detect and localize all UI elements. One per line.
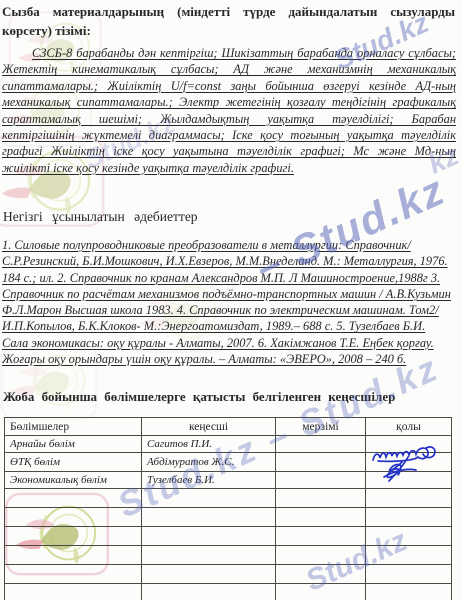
table-header-row: Бөлімшелер кеңесші мерзімі қолы bbox=[5, 418, 452, 436]
table-cell bbox=[366, 527, 452, 546]
table-row-empty bbox=[5, 565, 452, 584]
table-cell bbox=[366, 565, 452, 584]
table-cell bbox=[5, 546, 142, 565]
word: (міндетті bbox=[177, 2, 230, 21]
table-cell bbox=[276, 508, 366, 527]
table-cell bbox=[366, 584, 452, 600]
table-cell bbox=[142, 584, 276, 600]
word: дайындалатын bbox=[288, 2, 377, 21]
table-cell bbox=[5, 527, 142, 546]
table-cell bbox=[5, 489, 142, 508]
table-cell bbox=[142, 508, 276, 527]
table-cell: Тузелбаев Б.И. bbox=[142, 472, 276, 489]
table-cell bbox=[276, 489, 366, 508]
table-row-empty bbox=[5, 508, 452, 527]
table-row-empty bbox=[5, 489, 452, 508]
column-header: кеңесші bbox=[142, 418, 276, 436]
table-cell bbox=[276, 584, 366, 600]
table-cell: Сагитов П.И. bbox=[142, 436, 276, 453]
table-cell bbox=[5, 584, 142, 600]
column-header: қолы bbox=[366, 418, 452, 436]
table-cell bbox=[366, 546, 452, 565]
word: Сызба bbox=[2, 2, 40, 21]
table-cell bbox=[142, 527, 276, 546]
table-cell bbox=[276, 527, 366, 546]
table-row-empty bbox=[5, 546, 452, 565]
table-cell bbox=[142, 546, 276, 565]
intro-line-1: Сызба материалдарының (міндетті түрде да… bbox=[2, 2, 455, 21]
table-cell bbox=[5, 508, 142, 527]
table-row-empty bbox=[5, 584, 452, 600]
table-cell: Арнайы бөлім bbox=[5, 436, 142, 453]
table-cell bbox=[366, 489, 452, 508]
table-cell bbox=[276, 453, 366, 472]
table-cell: Экономикалық бөлім bbox=[5, 472, 142, 489]
table-cell bbox=[276, 565, 366, 584]
document-page: Сызба материалдарының (міндетті түрде да… bbox=[0, 0, 462, 600]
column-header: мерзімі bbox=[276, 418, 366, 436]
drawings-list-intro: Сызба материалдарының (міндетті түрде да… bbox=[2, 2, 455, 40]
consultants-heading: Жоба бойынша бөлімшелерге қатысты белгіл… bbox=[3, 389, 395, 405]
table-row-empty bbox=[5, 527, 452, 546]
word: материалдарының bbox=[53, 2, 164, 21]
table-cell: ӨТҚ бөлім bbox=[5, 453, 142, 472]
table-cell bbox=[366, 508, 452, 527]
table-cell bbox=[142, 565, 276, 584]
column-header: Бөлімшелер bbox=[5, 418, 142, 436]
drawings-list-paragraph: СЗСБ-8 барабанды дән кептіргіш; Шикізатт… bbox=[2, 45, 456, 176]
table-cell bbox=[5, 565, 142, 584]
table-cell: Абдімуратов Ж.С. bbox=[142, 453, 276, 472]
word: сызуларды bbox=[390, 2, 455, 21]
intro-line-2: көрсету) тізімі: bbox=[2, 21, 455, 40]
signature bbox=[370, 442, 440, 484]
table-cell bbox=[142, 489, 276, 508]
table-cell bbox=[276, 436, 366, 453]
word: түрде bbox=[243, 2, 275, 21]
literature-paragraph: 1. Силовые полупроводниковые преобразова… bbox=[2, 237, 454, 367]
literature-heading: Негізгі ұсынылатын әдебиеттер bbox=[3, 209, 198, 225]
table-cell bbox=[276, 472, 366, 489]
table-cell bbox=[276, 546, 366, 565]
